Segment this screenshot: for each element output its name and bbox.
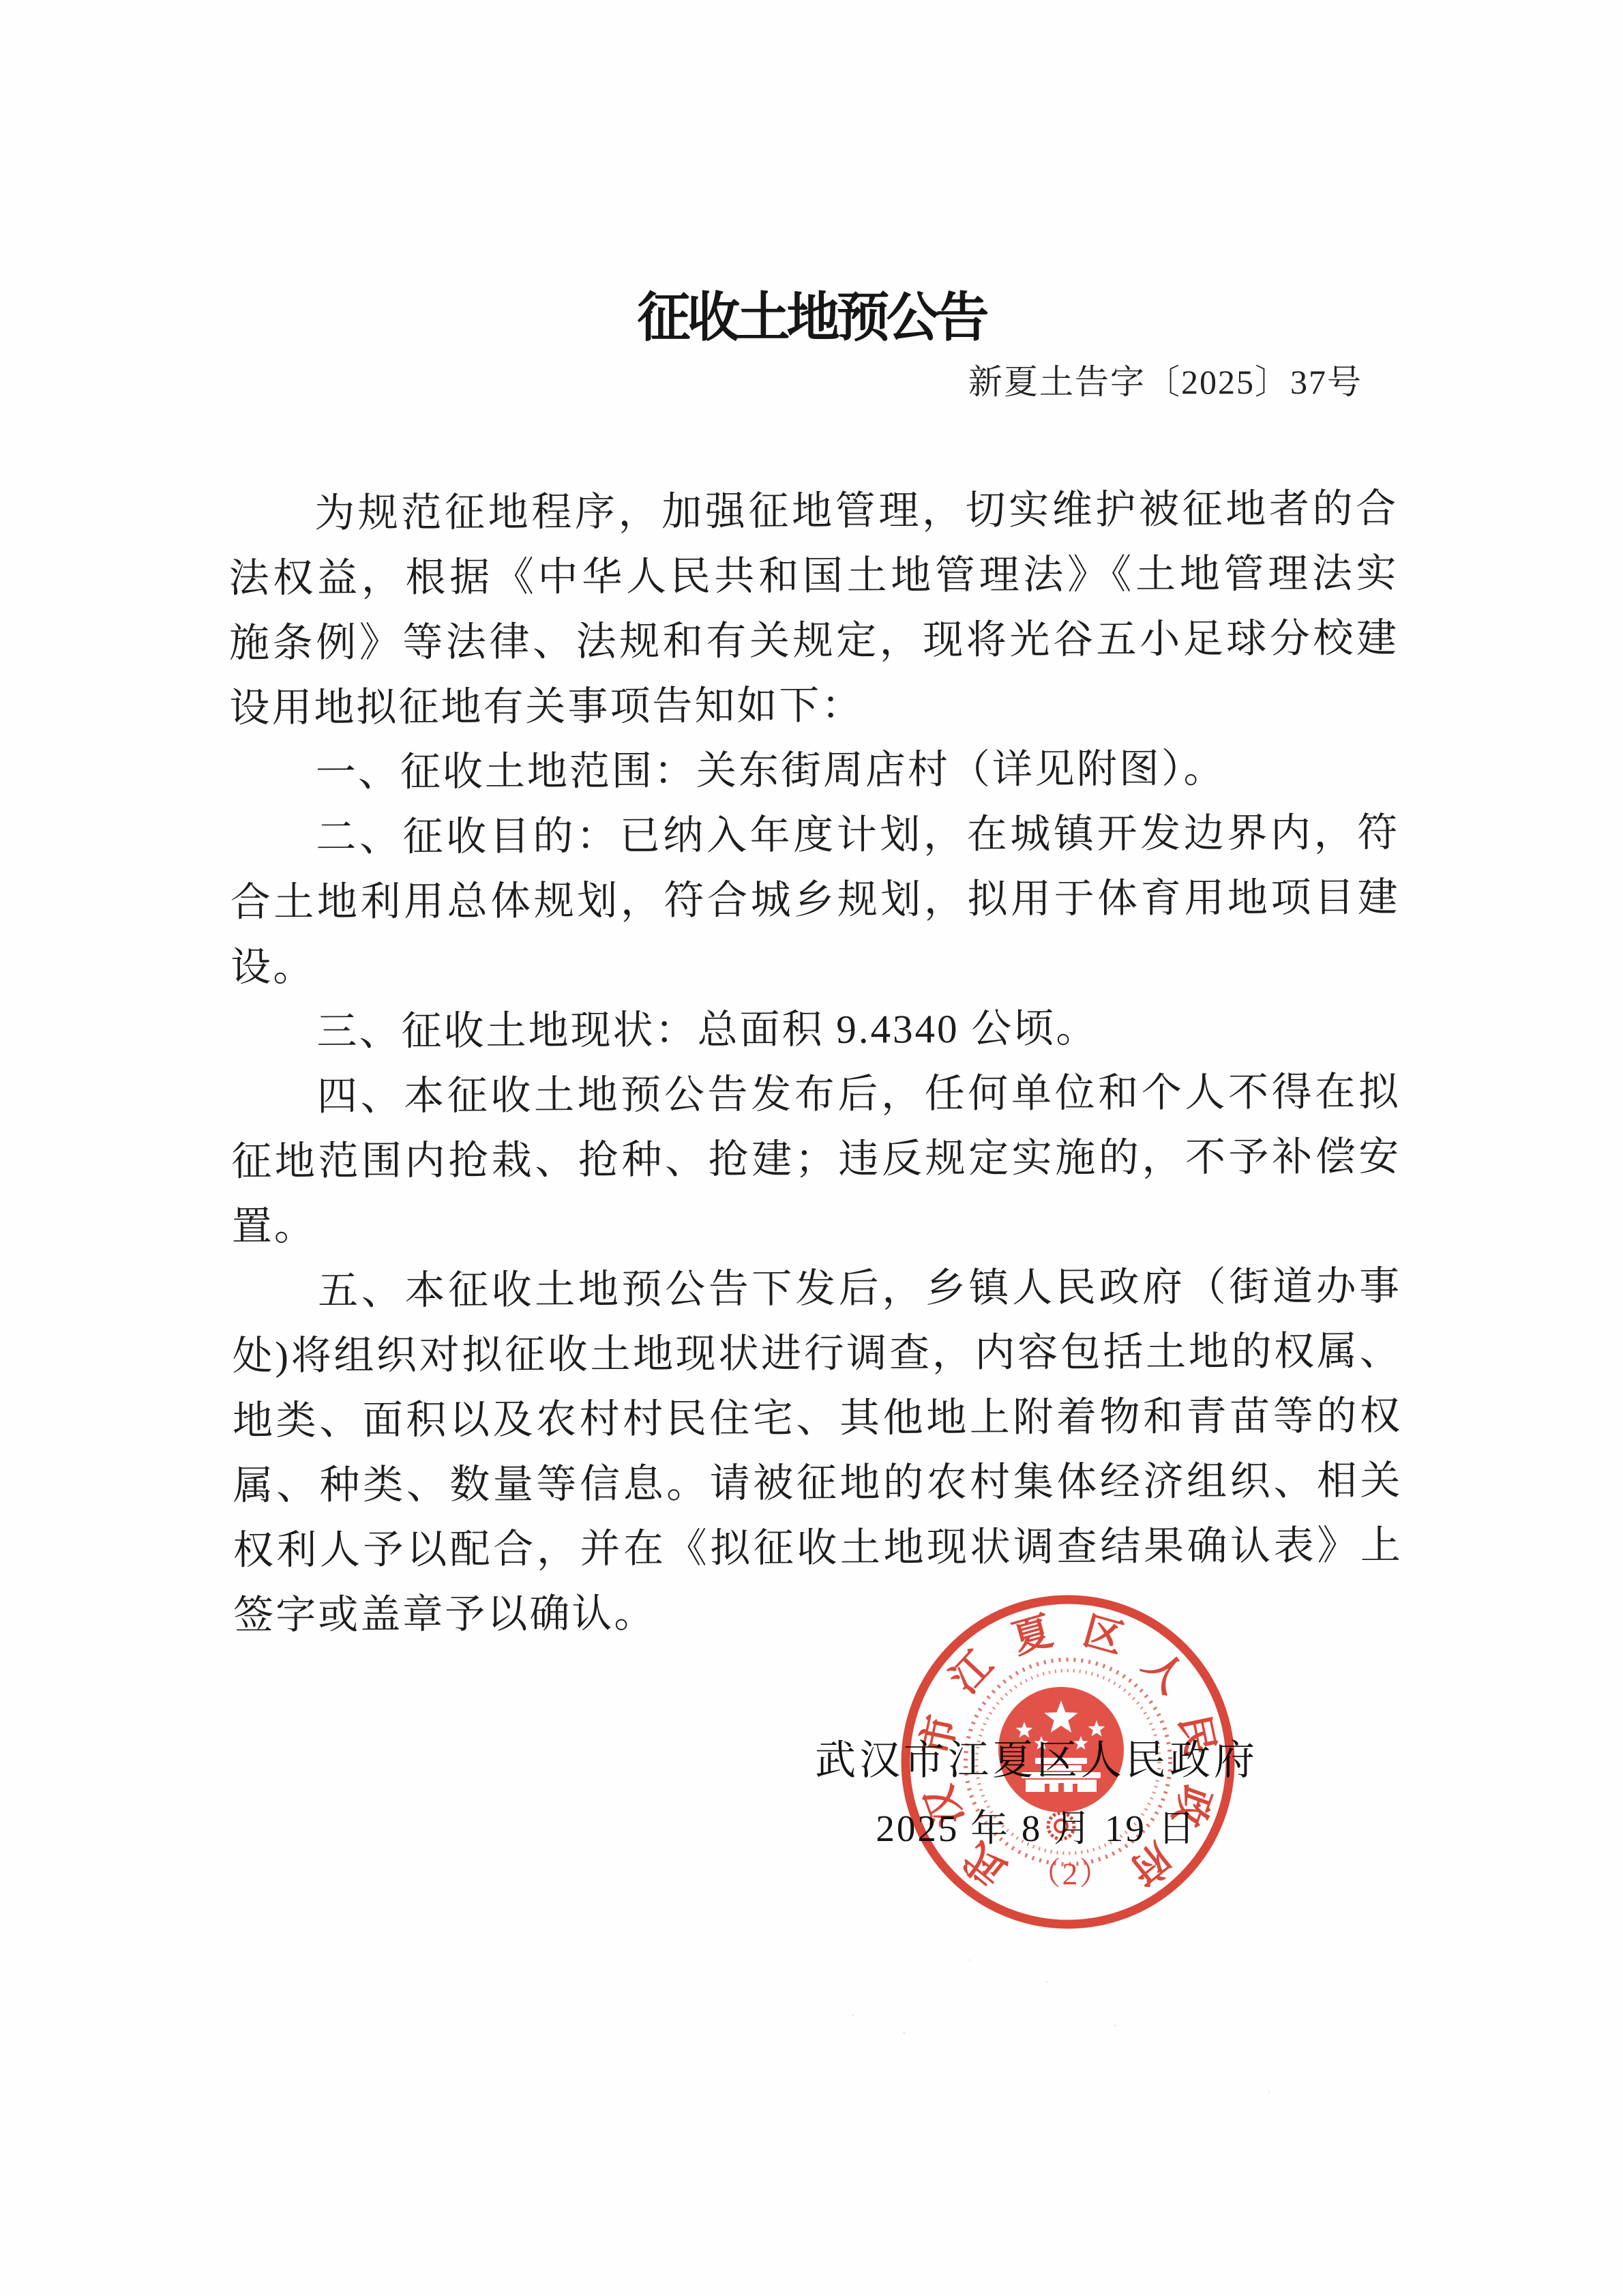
body-line: 属、种类、数量等信息。请被征地的农村集体经济组织、相关 [233,1448,1402,1518]
speck-dot [1435,2040,1437,2041]
body-line: 合土地利用总体规划，符合城乡规划，拟用于体育用地项目建 [230,865,1399,934]
speck-dot [852,2014,854,2016]
speck-dot [903,2031,906,2034]
official-seal-graphic: 武汉市江夏区人民政府 [891,1585,1245,1939]
national-emblem [998,1687,1124,1839]
seal-ring-char: 夏 [1007,1608,1057,1662]
speck-dot [1046,1981,1048,1983]
official-seal: 武汉市江夏区人民政府 [891,1585,1245,1939]
seal-number: （2） [1030,1857,1112,1892]
body-line: 一、征收土地范围：关东街周店村（详见附图）。 [230,735,1399,805]
gear-icon [1048,1813,1074,1839]
body-line: 三、征收土地现状：总面积 9.4340 公顷。 [230,995,1400,1064]
body-line: 权利人予以配合，并在《拟征收土地现状调查结果确认表》上 [233,1513,1403,1583]
speck-dot [1268,2091,1270,2093]
body-line: 四、本征收土地预公告发布后，任何单位和个人不得在拟 [231,1059,1401,1129]
body-line: 为规范征地程序，加强征地管理，切实维护被征地者的合 [228,476,1398,546]
document-title: 征收土地预公告 [0,283,1623,351]
body-line: 置。 [232,1189,1401,1259]
body-line: 法权益，根据《中华人民共和国土地管理法》《土地管理法实 [228,541,1398,610]
document-number: 新夏土告字〔2025〕37号 [968,360,1363,404]
body-line: 设。 [230,930,1400,999]
speck-dot [968,1959,970,1961]
body-line: 二、征收目的：已纳入年度计划，在城镇开发边界内，符 [230,800,1399,870]
speck-dot [1330,2196,1331,2198]
body-line: 设用地拟征地有关事项告知如下： [229,671,1399,740]
speck-dot [1159,2173,1161,2174]
speck-dot [1114,2025,1116,2027]
seal-ring-char: 政 [1164,1780,1219,1833]
body-line: 地类、面积以及农村村民住宅、其他地上附着物和青苗等的权 [233,1383,1402,1453]
seal-ring-char: 汉 [917,1780,972,1832]
document-body: 为规范征地程序，加强征地管理，切实维护被征地者的合法权益，根据《中华人民共和国土… [228,476,1403,1647]
seal-ring-char: 市 [913,1711,964,1759]
body-line: 施条例》等法律、法规和有关规定，现将光谷五小足球分校建 [229,606,1399,675]
seal-ring-char: 区 [1079,1608,1129,1662]
body-line: 征地范围内抢栽、抢种、抢建；违反规定实施的，不予补偿安 [231,1124,1401,1194]
seal-ring-char: 民 [1171,1711,1222,1759]
scanned-notice-page: 征收土地预公告 新夏土告字〔2025〕37号 为规范征地程序，加强征地管理，切实… [0,0,1623,2296]
body-line: 处)将组织对拟征收土地现状进行调查，内容包括土地的权属、 [232,1319,1401,1388]
body-line: 五、本征收土地预公告下发后，乡镇人民政府（街道办事 [232,1254,1401,1323]
